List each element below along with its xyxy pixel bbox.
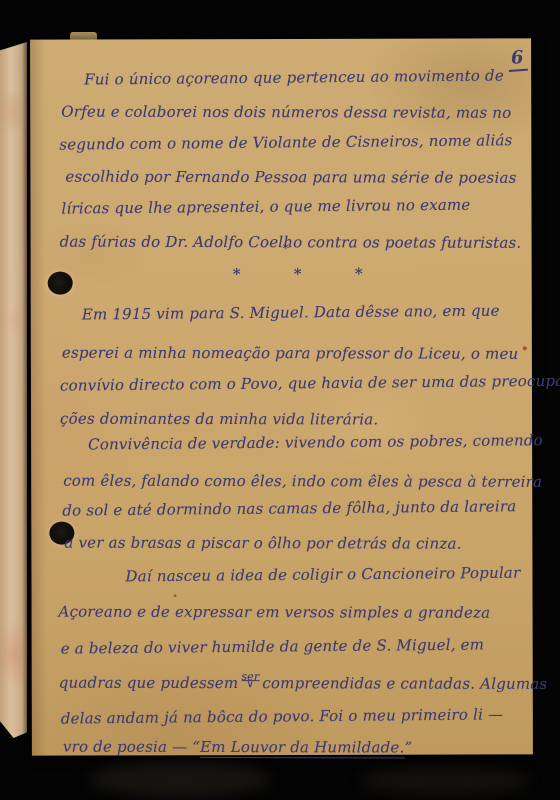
manuscript-line: Daí nasceu a idea de coligir o Cancionei…	[125, 565, 520, 586]
line-text-before-insertion: quadras que pudessem	[59, 674, 239, 692]
interline-insertion: ser∨	[241, 673, 259, 688]
manuscript-line: das fúrias do Dr. Adolfo Coelho contra o…	[60, 234, 522, 252]
previous-page-edge	[0, 42, 27, 738]
manuscript-line: líricas que lhe apresentei, o que me liv…	[61, 197, 470, 218]
book-title: Em Louvor da Humildade.	[200, 738, 404, 759]
manuscript-line: e a beleza do viver humilde da gente de …	[61, 637, 485, 658]
insertion-caret-icon: ∨	[247, 681, 255, 688]
page-number: 6	[507, 47, 527, 72]
manuscript-line: do sol e até dormindo nas camas de fôlha…	[62, 498, 516, 519]
section-separator: * * *	[233, 265, 387, 283]
section-separator-mark: *	[283, 242, 290, 257]
manuscript-line: delas andam já na bôca do povo. Foi o me…	[61, 706, 504, 727]
backdrop-shadow-blob	[90, 762, 270, 796]
manuscript-line-with-title: vro de poesia — “Em Louvor da Humildade.…	[63, 739, 412, 757]
manuscript-line: a ver as brasas a piscar o ôlho por detr…	[64, 535, 461, 553]
paper-speck	[174, 594, 177, 597]
backdrop-shadow-blob	[360, 766, 530, 796]
manuscript-line: esperei a minha nomeação para professor …	[62, 345, 519, 363]
manuscript-line: Fui o único açoreano que pertenceu ao mo…	[84, 67, 504, 88]
line-text-after-title: ”	[404, 738, 412, 756]
manuscript-line: escolhido por Fernando Pessoa para uma s…	[65, 169, 516, 187]
punch-hole-top	[48, 272, 73, 295]
manuscript-line: Em 1915 vim para S. Miguel. Data dêsse a…	[82, 303, 500, 324]
manuscript-line: Orfeu e colaborei nos dois números dessa…	[61, 104, 511, 122]
manuscript-line: Açoreano e de expressar em versos simple…	[59, 604, 491, 622]
line-text-after-insertion: compreendidas e cantadas. Algumas	[262, 674, 547, 693]
ink-speck	[523, 346, 527, 350]
manuscript-line-with-insertion: quadras que pudessemser∨compreendidas e …	[59, 675, 548, 697]
line-text-before-title: vro de poesia — “	[63, 738, 200, 756]
manuscript-line: convívio directo com o Povo, que havia d…	[60, 373, 560, 395]
manuscript-line: ções dominantes da minha vida literária.	[60, 411, 378, 429]
manuscript-page: 6 Fui o único açoreano que pertenceu ao …	[30, 38, 533, 755]
manuscript-line: Convivência de verdade: vivendo com os p…	[88, 432, 543, 453]
manuscript-line: com êles, falando como êles, indo com êl…	[63, 473, 542, 491]
manuscript-line: segundo com o nome de Violante de Cisnei…	[59, 132, 512, 153]
